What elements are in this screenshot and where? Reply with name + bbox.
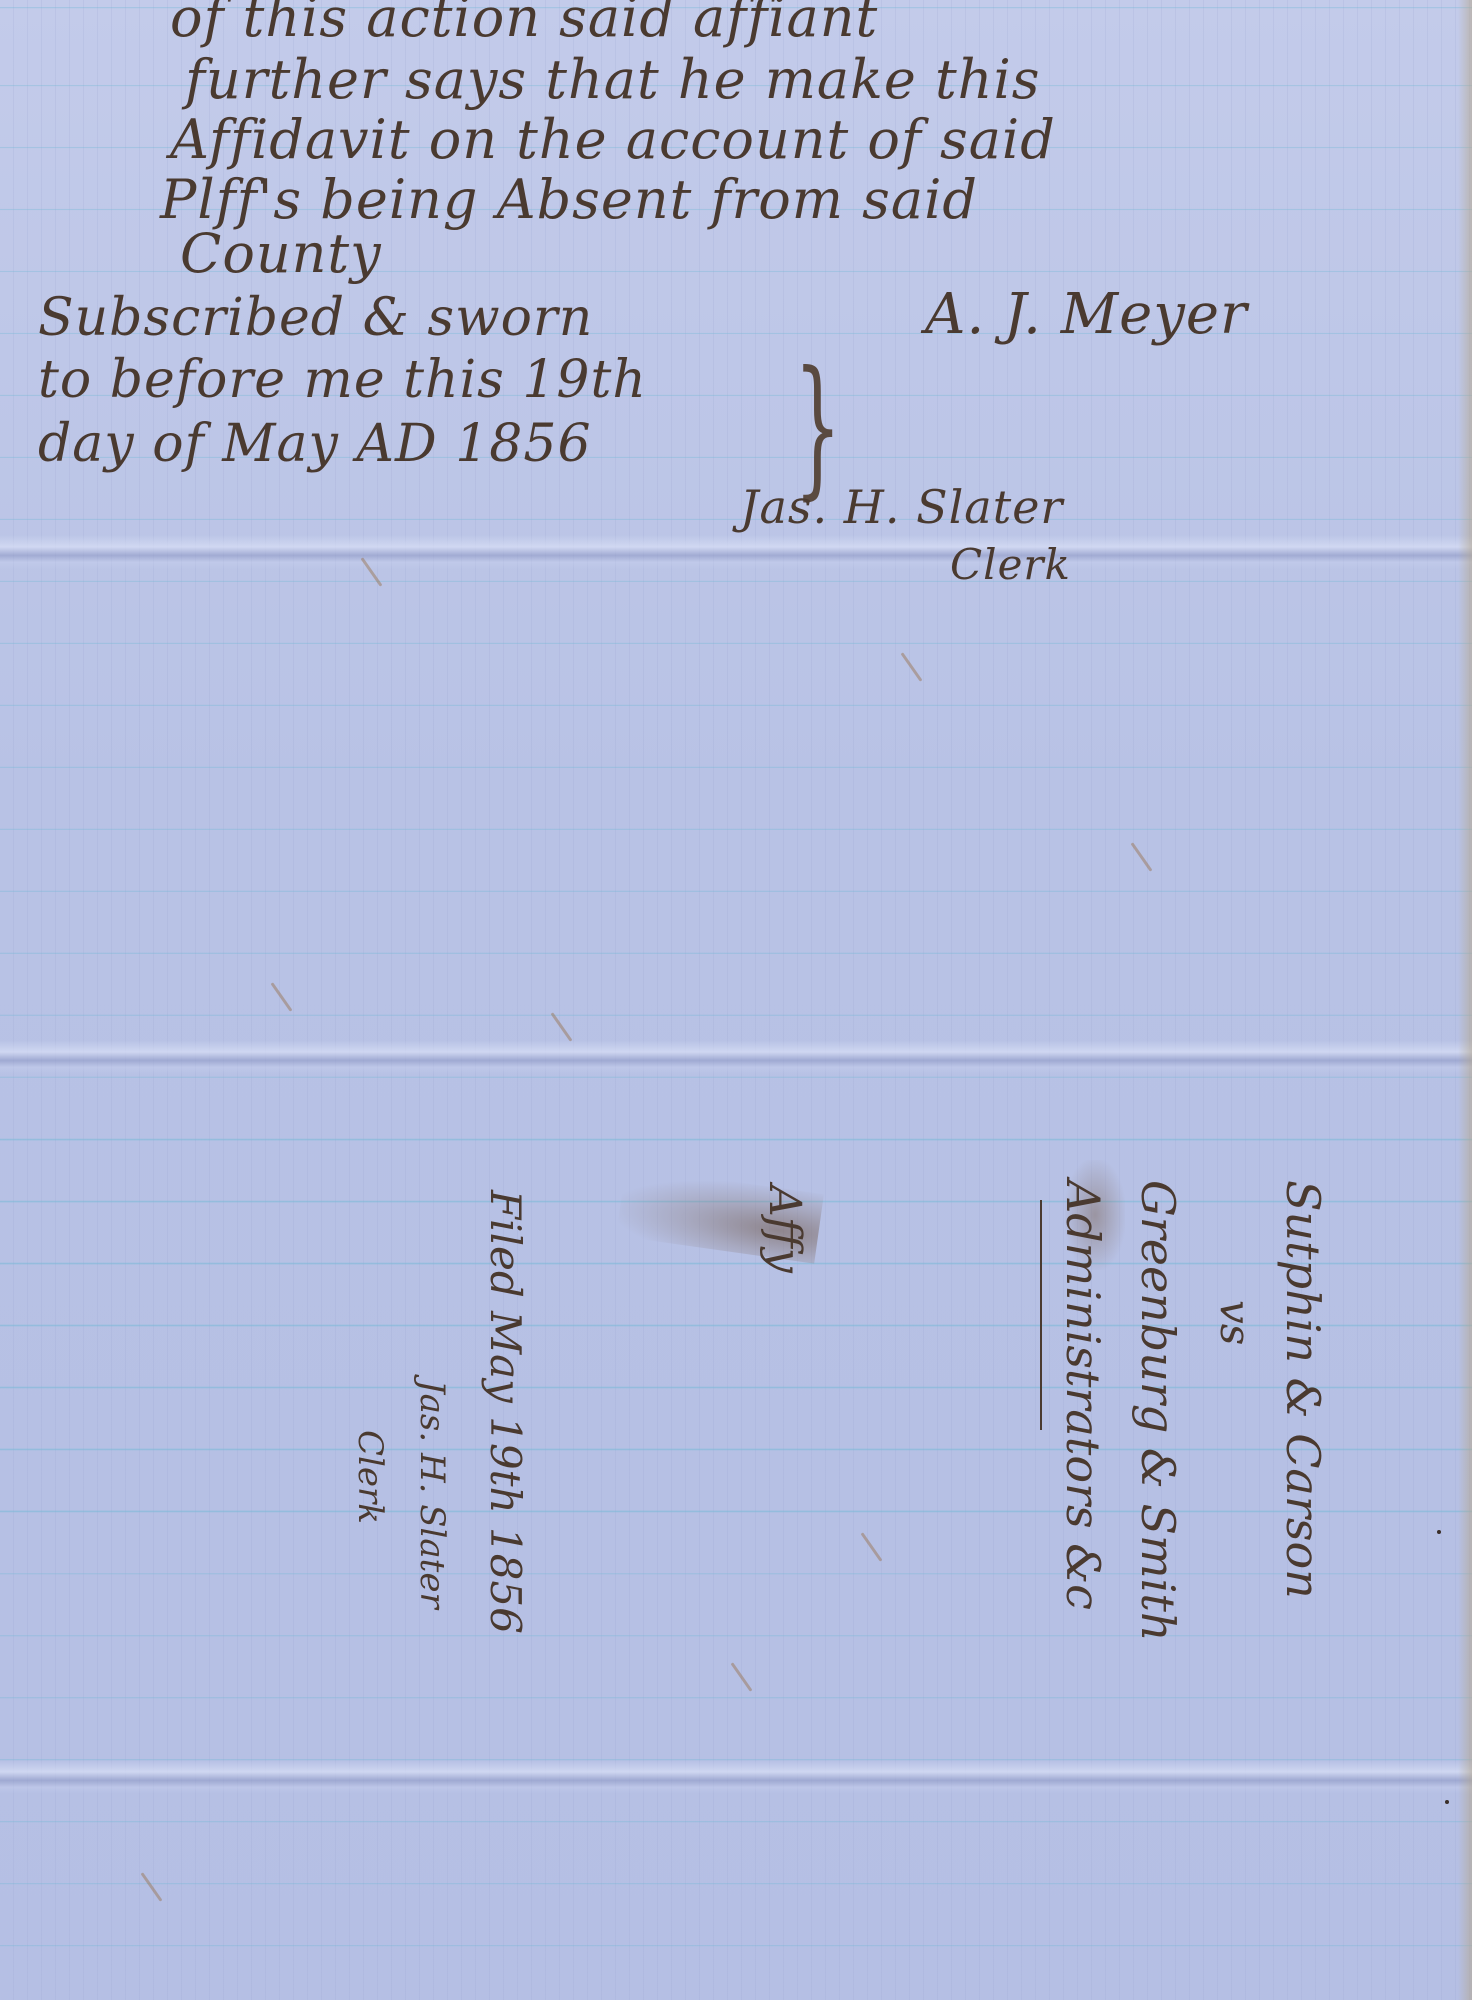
- endorsement-defendants-role: Administrators &c: [1056, 1180, 1110, 1610]
- paper-edge: [1458, 0, 1472, 2000]
- affidavit-line: County: [180, 222, 382, 285]
- jurat-line: Subscribed & sworn: [38, 288, 593, 348]
- endorsement-rule: [1040, 1200, 1042, 1430]
- jurat-line: day of May AD 1856: [38, 414, 592, 474]
- bleed-through-mark: [141, 1872, 163, 1902]
- ink-dot: [1445, 1800, 1449, 1804]
- bleed-through-mark: [1131, 842, 1153, 872]
- endorsement-defendants: Greenburg & Smith: [1131, 1180, 1185, 1641]
- jurat-line: to before me this 19th: [38, 350, 647, 410]
- ink-dot: [1437, 1530, 1441, 1534]
- endorsement-case-title: Sutphin & Carson: [1276, 1180, 1330, 1599]
- affidavit-line: of this action said affiant: [170, 0, 878, 49]
- clerk-title: Clerk: [950, 540, 1071, 589]
- bleed-through-mark: [861, 1532, 883, 1562]
- endorsement-versus: vs: [1211, 1300, 1260, 1345]
- endorsement-doc-label: Affy: [759, 1185, 810, 1273]
- fold-crease: [0, 535, 1472, 569]
- affidavit-line: further says that he make this: [185, 48, 1040, 111]
- affidavit-line: Affidavit on the account of said: [170, 108, 1056, 171]
- clerk-signature: Jas. H. Slater: [740, 480, 1063, 534]
- bleed-through-mark: [731, 1662, 753, 1692]
- document-page: of this action said affiant further says…: [0, 0, 1472, 2000]
- endorsement-clerk-title: Clerk: [350, 1430, 390, 1524]
- bleed-through-mark: [901, 652, 923, 682]
- affiant-signature: A. J. Meyer: [925, 282, 1248, 347]
- bleed-through-mark: [271, 982, 293, 1012]
- fold-crease: [0, 1040, 1472, 1074]
- bleed-through-mark: [551, 1012, 573, 1042]
- endorsement-filed-date: Filed May 19th 1856: [481, 1190, 530, 1634]
- endorsement-clerk-name: Jas. H. Slater: [412, 1380, 452, 1609]
- fold-crease: [0, 1760, 1472, 1794]
